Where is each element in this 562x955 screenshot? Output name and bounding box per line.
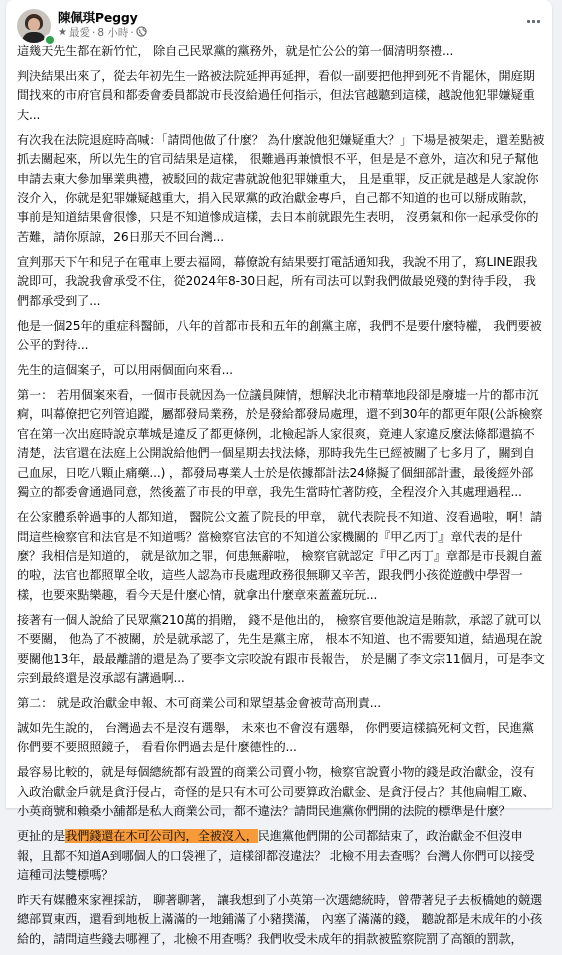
post-paragraph: 第一： 若用個案來看，一個市長就因為一位議員陳情，想解決北市精華地段卻是廢墟一片… [17,386,545,502]
post-paragraph: 有次我在法院退庭時高喊：「請問他做了什麼？ 為什麼說他犯嫌疑重大？」下場是被架走… [17,131,545,247]
post-paragraph: 判決結果出來了，從去年初先生一路被法院延押再延押，看似一副要把他押到死不肯罷休，… [17,67,545,125]
post-time[interactable]: 8 小時 [97,25,128,40]
post-paragraph: 宣判那天下午和兒子在電車上要去福岡，幕僚說有結果要打電話通知我，我說不用了，寫L… [17,253,545,311]
post-body: 這幾天先生都在新竹忙， 除自己民眾黨的黨務外，就是忙公公的第一個清明祭禮... … [17,42,545,808]
post-meta: ★ 最愛 · 8 小時 · [58,25,147,40]
avatar-face [28,18,40,31]
globe-icon[interactable] [136,26,147,40]
star-icon: ★ [58,27,67,38]
post-paragraph: 他是一個25年的重症科醫師，八年的首都市長和五年的創黨主席，我們不是要什麼特權，… [17,317,545,356]
post-paragraph: 這幾天先生都在新竹忙， 除自己民眾黨的黨務外，就是忙公公的第一個清明祭禮... [17,42,545,61]
meta-separator: · [92,27,95,39]
post-paragraph: 先生的這個案子，可以用兩個面向來看... [17,361,545,380]
post-paragraph: 誠如先生說的， 台灣過去不是沒有選舉， 未來也不會沒有選舉， 你們要這樣搞死柯文… [17,719,545,758]
post-header: 陳佩琪Peggy ★ 最愛 · 8 小時 · [6,0,552,42]
more-options-icon[interactable] [522,14,544,28]
post-card: 陳佩琪Peggy ★ 最愛 · 8 小時 · 這幾天先生都在新竹忙， 除自己民眾… [6,0,552,808]
meta-separator: · [130,27,133,39]
author-name[interactable]: 陳佩琪Peggy [58,8,138,26]
post-paragraph: 第二： 就是政治獻金申報、木可商業公司和眾望基金會被苛高刑責... [17,694,545,713]
post-paragraph: 在公家體系幹過事的人都知道， 醫院公文蓋了院長的甲章， 就代表院長不知道、沒看過… [17,508,545,605]
audience-label[interactable]: 最愛 [69,25,90,40]
post-paragraph: 最容易比較的，就是每個總統都有設置的商業公司賣小物，檢察官說賣小物的錢是政治獻金… [17,763,545,808]
post-paragraph: 接著有一個人說給了民眾黨210萬的捐贈， 錢不是他出的， 檢察官要他說這是賄款，… [17,611,545,689]
